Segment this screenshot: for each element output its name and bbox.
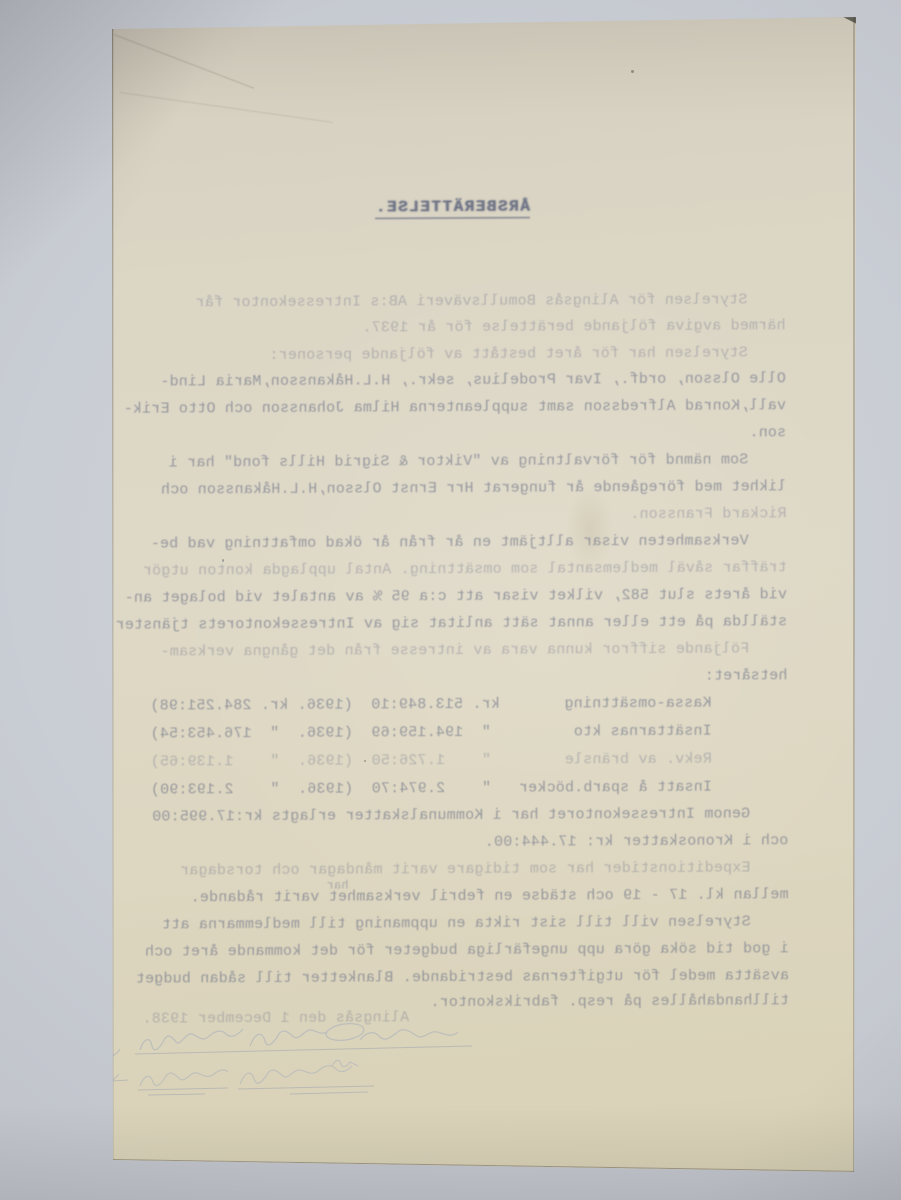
typed-line: mellan kl. 17 - 19 och städse en febril … <box>190 885 788 907</box>
typed-line: Expeditionstider har som tidigare varit … <box>180 858 751 880</box>
document-title: ÅRSBERÄTTELSE. <box>120 196 785 217</box>
typed-line: Styrelsen för Alingsås Bomullsväveri AB:… <box>195 290 747 312</box>
typed-line: Rickard Fransson. <box>630 504 787 524</box>
signatures <box>0 0 901 1200</box>
paper-edge-left <box>111 28 113 1161</box>
paper-stain <box>566 486 614 572</box>
typed-line: Insättarnas kto " 194.159:69 (1936. " 17… <box>150 722 711 744</box>
typed-line: hetsåret: <box>705 666 788 685</box>
typed-line: Insatt å sparb.böcker " 2.974:70 (1936. … <box>151 778 712 800</box>
typed-line: Styrelsen har för året bestått av följan… <box>269 343 748 365</box>
photo-background: ÅRSBERÄTTELSE. Styrelsen för Alingsås Bo… <box>0 0 901 1200</box>
typed-text-layer: ÅRSBERÄTTELSE. Styrelsen för Alingsås Bo… <box>119 0 790 1200</box>
typed-line: Alingsås den 1 December 1938. <box>142 1008 409 1028</box>
typed-line: Följande siffror kunna vara av intresse … <box>160 639 749 661</box>
typed-line: träffar såväl medlemsantal som omsättnin… <box>143 558 787 580</box>
typed-line: och i Kronoskatter kr: 17.444:00. <box>485 831 789 852</box>
paper-edge-bottom <box>113 1159 855 1172</box>
document-sheet: ÅRSBERÄTTELSE. Styrelsen för Alingsås Bo… <box>0 0 901 1200</box>
typed-line: Styrelsen vill till sist rikta en uppman… <box>162 912 751 934</box>
typed-line: vid årets slut 582, vilket visar att c:a… <box>124 585 787 607</box>
per-procura-mark <box>332 1060 358 1066</box>
typed-line: Genom Intressekontoret har i Kommunalska… <box>152 804 750 826</box>
typed-line: Olle Olsson, ordf., Ivar Prodelius, sekr… <box>160 369 786 391</box>
typed-line: son. <box>749 423 786 442</box>
paper-edge-right <box>853 17 855 1173</box>
typed-line: i god tid söka göra upp ungefärliga budg… <box>145 939 789 961</box>
typed-line: likhet med föregående år fungerat Hrr Er… <box>161 477 787 499</box>
paper-crease <box>120 92 333 123</box>
typed-line: härmed avgiva följande berättelse för år… <box>362 316 785 337</box>
paper-crease <box>114 34 254 89</box>
typed-line: Verksamheten visar alltjämt en år från å… <box>151 531 749 553</box>
typed-line: avsätta medel för utgifternas bestridand… <box>136 966 789 988</box>
signature-row-2 <box>97 1060 358 1086</box>
paper-edge-top <box>112 16 856 28</box>
typed-line: vall,Konrad Alfredsson samt suppleantern… <box>123 396 786 418</box>
typed-line: ställda på ett eller annat sätt anlitat … <box>106 612 787 635</box>
typed-line: Kassa-omsättning kr. 513.849:10 (1936. k… <box>150 694 711 716</box>
typed-line: Rekv. av bränsle " 1.726:50 (1936. " 1.1… <box>150 750 711 772</box>
paper-corner-notch <box>843 17 857 24</box>
ink-speck <box>222 559 224 562</box>
paper-speck <box>631 70 634 73</box>
paper-speck <box>364 760 366 762</box>
signature-row-1 <box>96 1021 458 1056</box>
typed-line: har <box>326 877 348 896</box>
typed-line: tillhandahålles på resp. fabrikskontor. <box>430 991 789 1012</box>
typed-line: Som nämnd för förvaltning av "Viktor & S… <box>169 450 749 472</box>
signature-underlines <box>95 1046 472 1095</box>
